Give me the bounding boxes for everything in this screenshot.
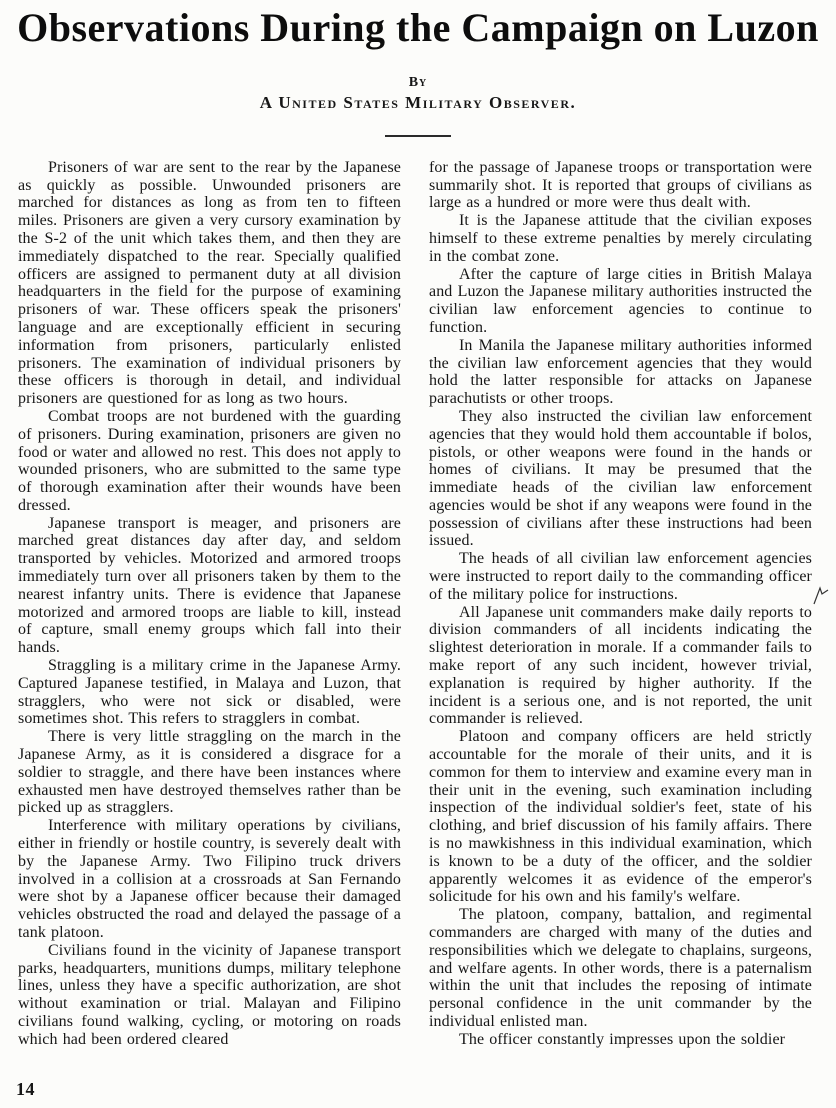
left-column: Prisoners of war are sent to the rear by…	[18, 159, 401, 1091]
paragraph: The platoon, company, battalion, and reg…	[429, 906, 812, 1031]
paragraph: Interference with military operations by…	[18, 817, 401, 942]
paragraph: Prisoners of war are sent to the rear by…	[18, 159, 401, 408]
paragraph: for the passage of Japanese troops or tr…	[429, 159, 812, 212]
document-page: Observations During the Campaign on Luzo…	[0, 0, 836, 1108]
paragraph: After the capture of large cities in Bri…	[429, 266, 812, 337]
right-column: for the passage of Japanese troops or tr…	[429, 159, 812, 1091]
byline: By A United States Military Observer.	[0, 74, 836, 113]
paragraph: There is very little straggling on the m…	[18, 728, 401, 817]
paragraph: It is the Japanese attitude that the civ…	[429, 212, 812, 265]
paragraph: Platoon and company officers are held st…	[429, 728, 812, 906]
page-title: Observations During the Campaign on Luzo…	[0, 0, 836, 50]
byline-author: A United States Military Observer.	[0, 92, 836, 113]
byline-by: By	[0, 74, 836, 92]
paragraph: Japanese transport is meager, and prison…	[18, 515, 401, 657]
paragraph: Civilians found in the vicinity of Japan…	[18, 942, 401, 1049]
paragraph: The officer constantly impresses upon th…	[429, 1031, 812, 1049]
paragraph: Combat troops are not burdened with the …	[18, 408, 401, 515]
page-number: 14	[16, 1079, 35, 1100]
article-body: Prisoners of war are sent to the rear by…	[0, 159, 836, 1091]
paragraph: All Japanese unit commanders make daily …	[429, 604, 812, 729]
paragraph: The heads of all civilian law enforcemen…	[429, 550, 812, 603]
paragraph: Straggling is a military crime in the Ja…	[18, 657, 401, 728]
title-divider	[385, 135, 451, 137]
paragraph: In Manila the Japanese military authorit…	[429, 337, 812, 408]
paragraph: They also instructed the civilian law en…	[429, 408, 812, 550]
